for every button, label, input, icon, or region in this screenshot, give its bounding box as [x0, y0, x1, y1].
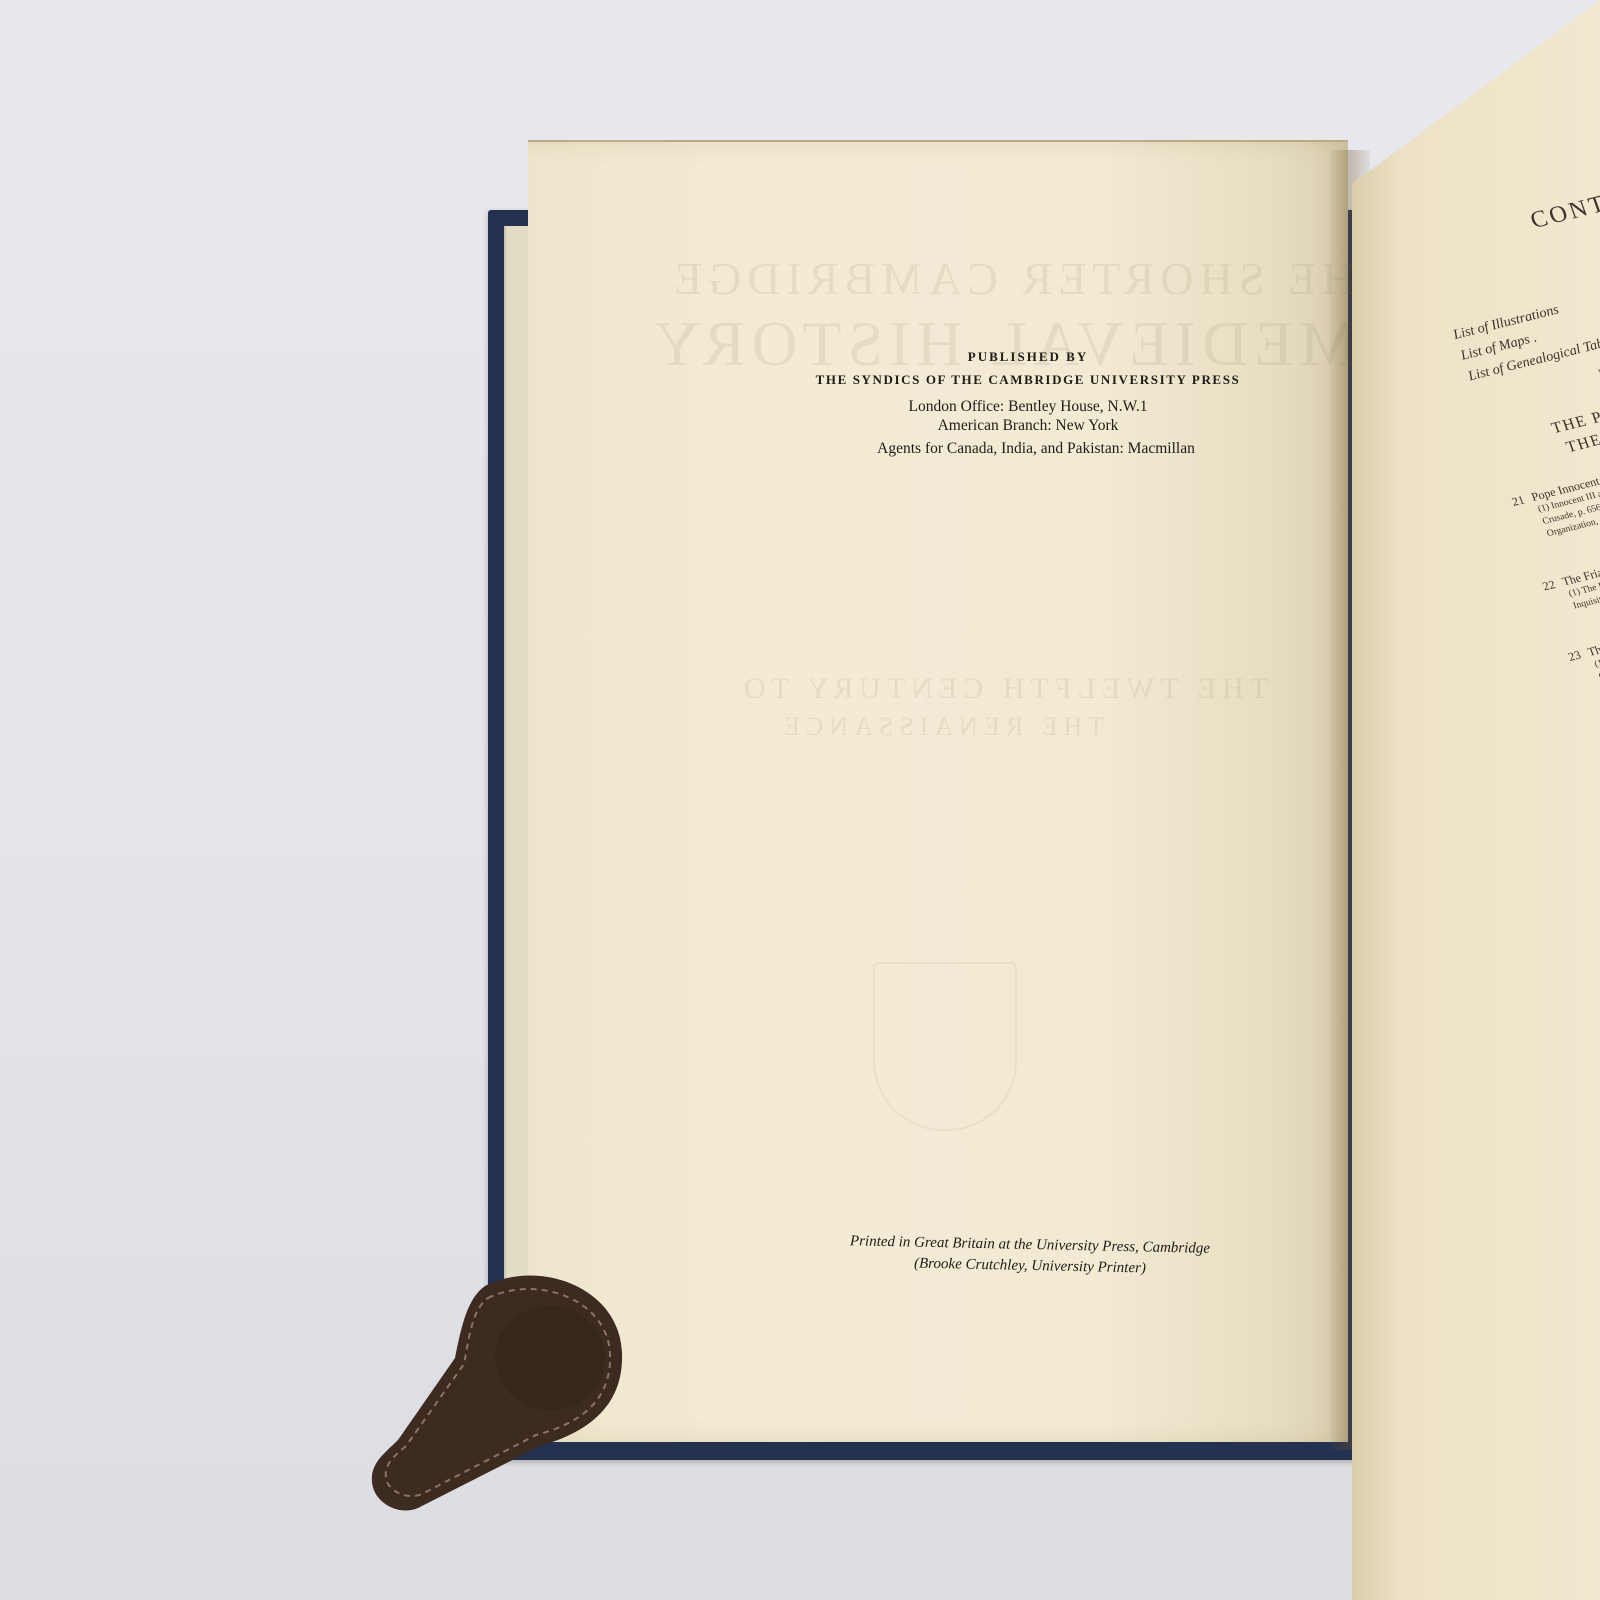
agents-line: Agents for Canada, India, and Pakistan: …: [626, 440, 1446, 458]
photo-scene: THE SHORTER CAMBRIDGE MEDIEVAL HISTORY T…: [0, 0, 1600, 1600]
contents-heading: CONTENTS: [1527, 173, 1600, 235]
publisher-name: THE SYNDICS OF THE CAMBRIDGE UNIVERSITY …: [618, 372, 1438, 388]
american-branch: American Branch: New York: [618, 417, 1438, 435]
leather-bookmark-icon: [370, 1268, 640, 1513]
show-through-text: MEDIEVAL HISTORY: [648, 307, 1356, 381]
left-page: THE SHORTER CAMBRIDGE MEDIEVAL HISTORY T…: [528, 140, 1348, 1442]
book-vii-title: THE PAPACY AT ITS ZENITH THE SECULAR KIN…: [1540, 358, 1600, 463]
show-through-emblem-icon: [873, 962, 1017, 1131]
right-page-contents: CONTENTS List of Illustrations List of M…: [1352, 0, 1600, 1600]
published-by-label: PUBLISHED BY: [618, 349, 1438, 365]
front-matter-list: List of Illustrations List of Maps . Lis…: [1450, 289, 1600, 388]
show-through-text: THE SHORTER CAMBRIDGE: [668, 252, 1389, 305]
london-office: London Office: Bentley House, N.W.1: [618, 398, 1438, 416]
show-through-text: THE RENAISSANCE: [778, 712, 1104, 742]
show-through-text: THE TWELFTH CENTURY TO: [738, 672, 1268, 706]
